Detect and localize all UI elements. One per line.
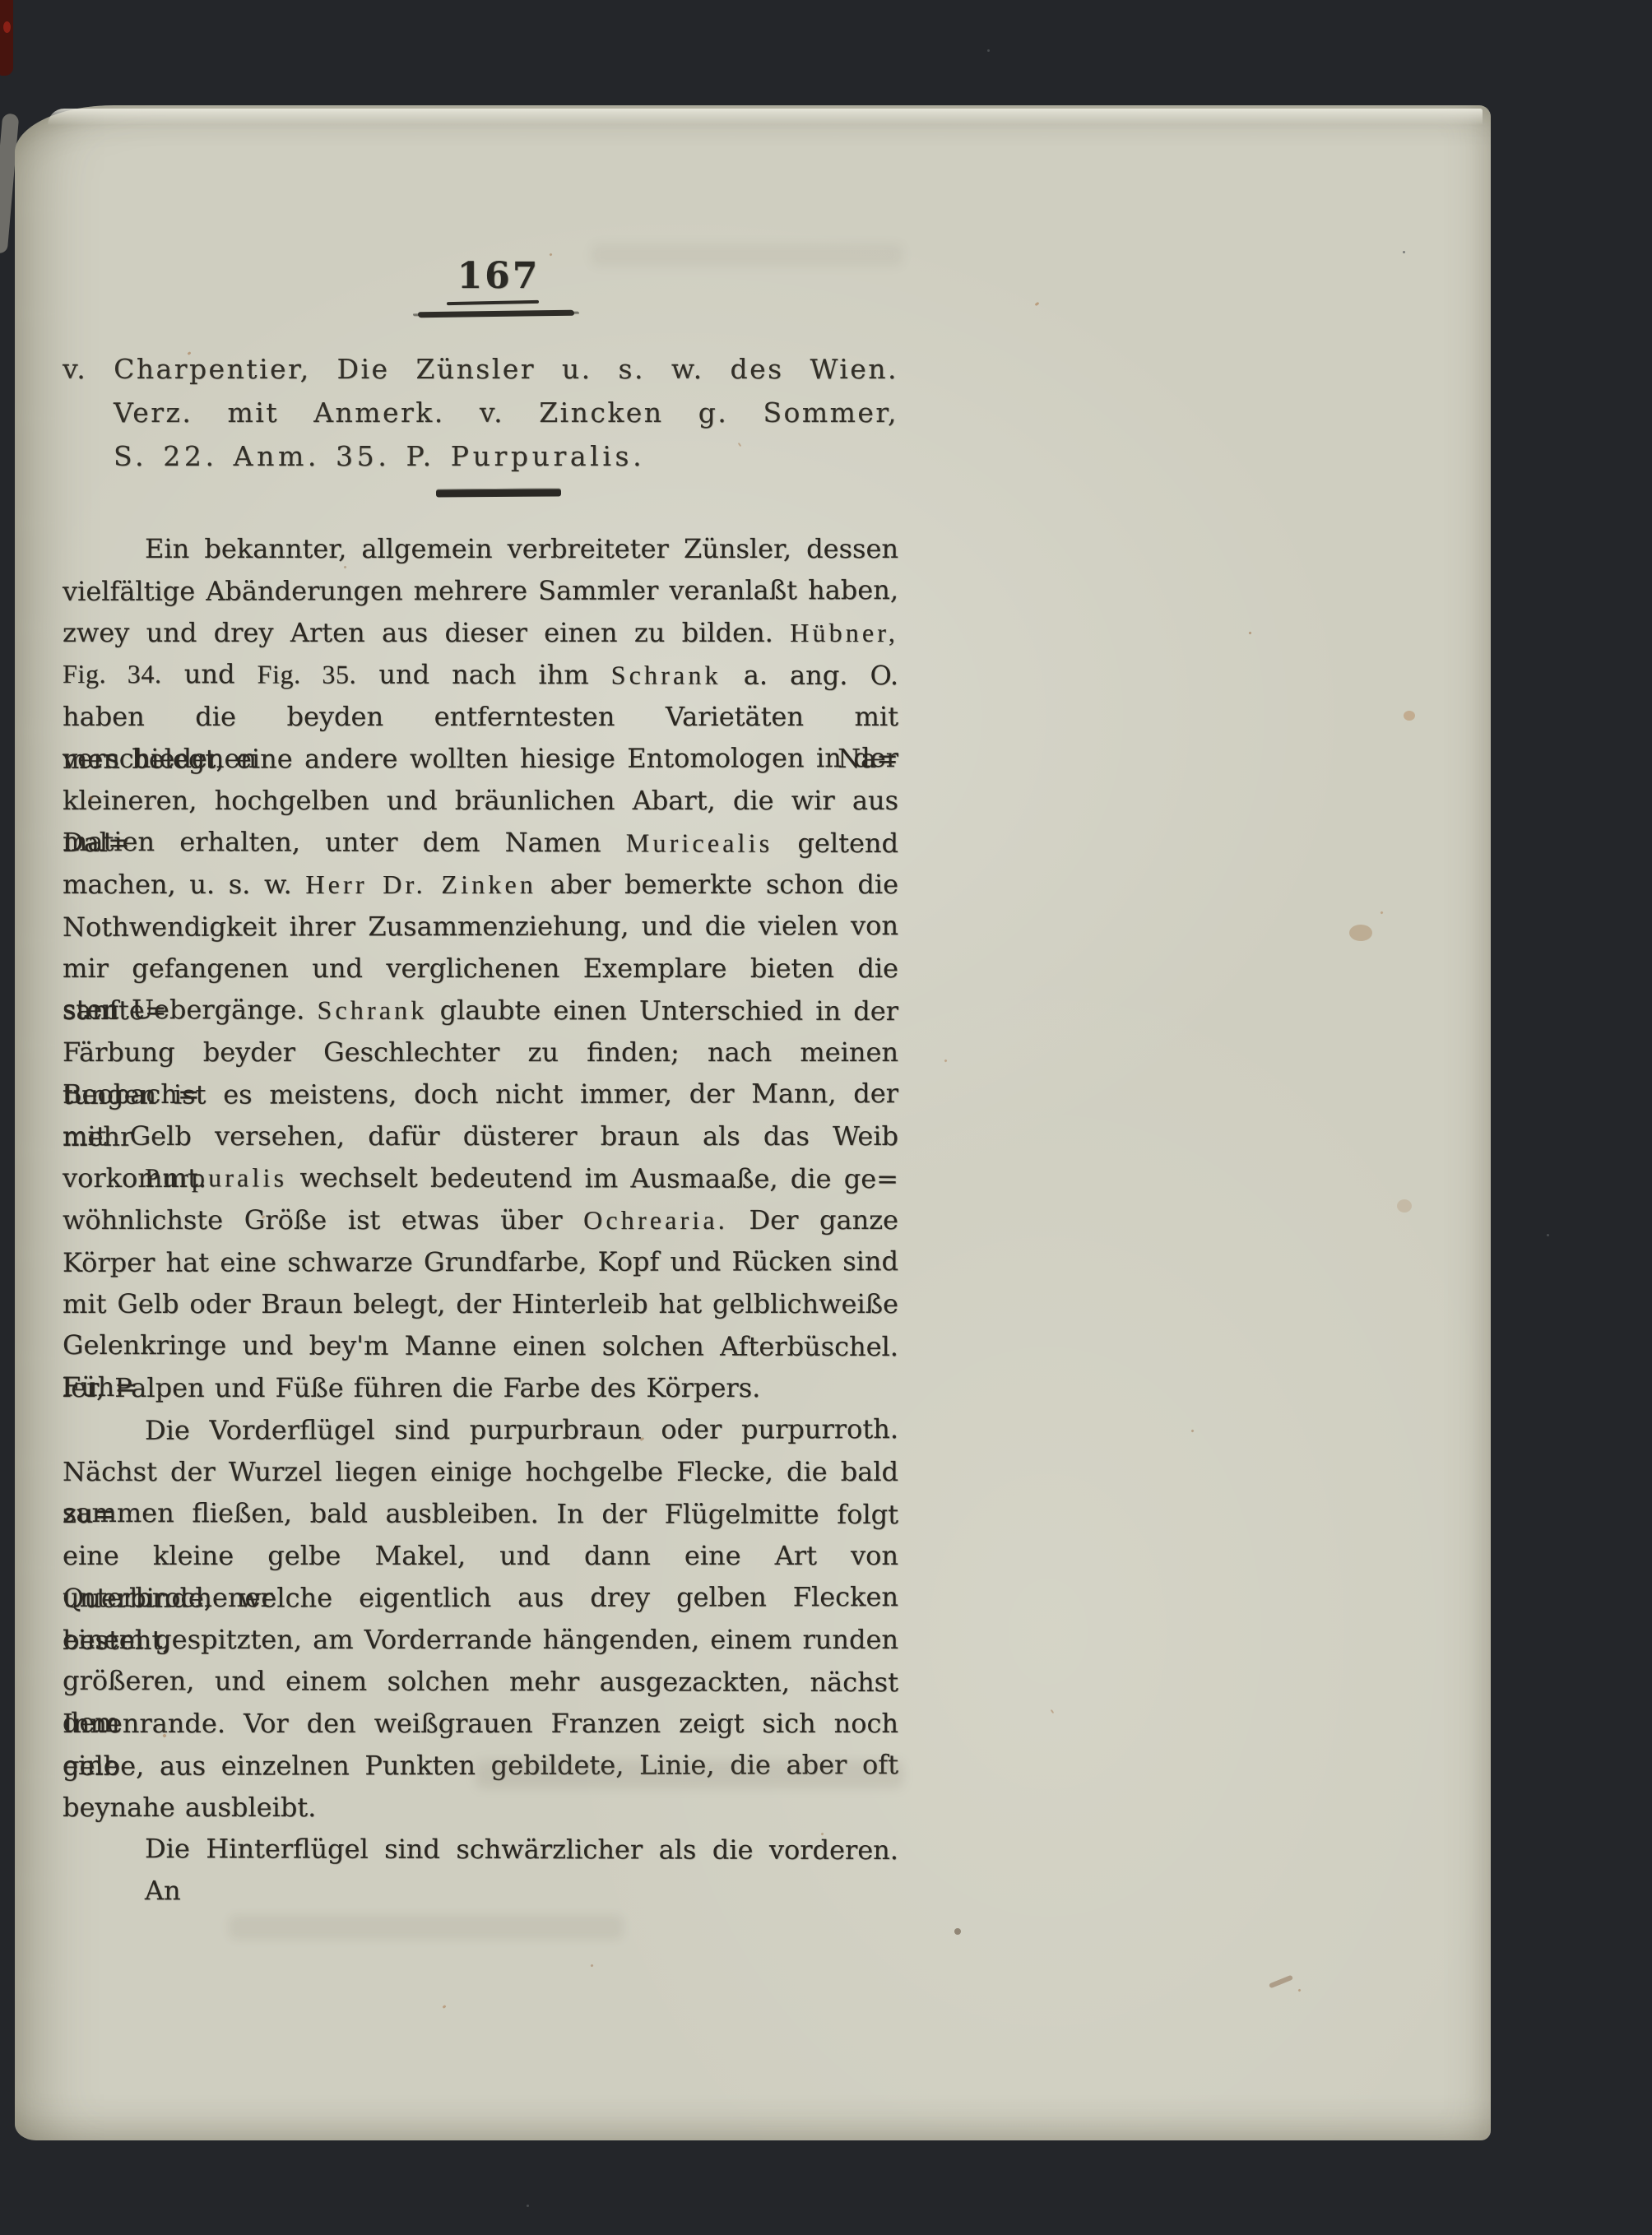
- text-line: men belegt, eine andere wollten hiesige …: [63, 737, 898, 781]
- fraktur-text: mit Gelb oder Braun belegt, der Hinterle…: [63, 1288, 898, 1319]
- text-line: Färbung beyder Geschlechter zu finden; n…: [63, 1032, 898, 1073]
- text-line: zwey und drey Arten aus dieser einen zu …: [63, 612, 898, 654]
- foxing-stain: [1269, 1975, 1293, 1989]
- fraktur-text: geltend: [773, 828, 898, 859]
- show-through: [229, 1915, 624, 1940]
- antiqua-name: Muricealis: [626, 828, 773, 857]
- dust-speck: [1547, 1234, 1549, 1236]
- fraktur-text: a. ang. O.: [722, 660, 898, 691]
- dust-speck: [1403, 251, 1405, 253]
- foxing-stain: [1397, 1199, 1412, 1213]
- text-line: Die Hinterflügel sind schwärzlicher als …: [63, 1828, 898, 1871]
- paper-speck: [549, 253, 552, 256]
- fraktur-text: beynahe ausbleibt.: [63, 1792, 316, 1823]
- fraktur-text: Die Hinterflügel sind schwärzlicher als …: [145, 1833, 898, 1906]
- paper-speck: [1190, 1429, 1194, 1432]
- fraktur-text: men belegt, eine andere wollten hiesige …: [63, 742, 898, 775]
- fraktur-text: Der ganze: [728, 1204, 898, 1236]
- paper-speck: [1248, 631, 1251, 634]
- fraktur-text: sammen fließen, bald ausbleiben. In der …: [63, 1497, 898, 1530]
- text-line: beynahe ausbleibt.: [63, 1787, 898, 1829]
- text-line: sammen fließen, bald ausbleiben. In der …: [63, 1492, 898, 1536]
- paper-speck: [590, 1964, 593, 1967]
- text-line: Fig. 34. und Fig. 35. und nach ihm Schra…: [63, 653, 898, 697]
- antiqua-name: Herr Dr. Zinken: [305, 869, 536, 899]
- text-line: einem gespitzten, am Vorderrande hängend…: [63, 1619, 898, 1661]
- page-edge-highlight: [48, 109, 1483, 125]
- text-line: Nothwendigkeit ihrer Zusammenziehung, un…: [63, 905, 898, 948]
- text-line: mit Gelb versehen, dafür düsterer braun …: [63, 1115, 898, 1157]
- fraktur-text: ler, Palpen und Füße führen die Farbe de…: [63, 1372, 760, 1403]
- fraktur-text: machen, u. s. w.: [63, 869, 305, 900]
- text-line: Körper hat eine schwarze Grundfarbe, Kop…: [63, 1240, 898, 1284]
- reference-header: v. Charpentier, Die Zünsler u. s. w. des…: [63, 347, 898, 478]
- fraktur-text: Körper hat eine schwarze Grundfarbe, Kop…: [63, 1245, 898, 1278]
- page-number: 167: [449, 255, 548, 297]
- paper-speck: [1035, 302, 1040, 306]
- spine-artifact: [0, 0, 13, 76]
- reference-line: Verz. mit Anmerk. v. Zincken g. Sommer,: [63, 391, 898, 434]
- foxing-stain: [954, 1928, 961, 1935]
- fraktur-text: vielfältige Abänderungen mehrere Sammler…: [63, 574, 898, 607]
- foxing-stain: [1404, 711, 1415, 721]
- page-number-rule-long: [418, 310, 574, 318]
- text-line: Nächst der Wurzel liegen einige hochgelb…: [63, 1451, 898, 1493]
- text-line: matien erhalten, unter dem Namen Muricea…: [63, 821, 898, 865]
- fraktur-text: wöhnlichste Größe ist etwas über: [63, 1204, 583, 1236]
- fraktur-text: wechselt bedeutend im Ausmaaße, die ge=: [287, 1162, 898, 1195]
- text-line: größeren, und einem solchen mehr ausgeza…: [63, 1660, 898, 1704]
- text-line: haben die beyden entferntesten Varietäte…: [63, 696, 898, 738]
- fraktur-text: sten Uebergänge.: [63, 994, 318, 1026]
- book-page: 167 v. Charpentier, Die Zünsler u. s. w.…: [15, 105, 1491, 2140]
- text-line: wöhnlichste Größe ist etwas über Ochrear…: [63, 1199, 898, 1241]
- dust-speck: [527, 2205, 529, 2207]
- paper-speck: [443, 2005, 447, 2009]
- paper-speck: [1051, 1709, 1055, 1713]
- text-line: vielfältige Abänderungen mehrere Sammler…: [63, 569, 898, 613]
- fraktur-text: Ein bekannter, allgemein verbreiteter Zü…: [145, 533, 898, 564]
- text-line: mir gefangenen und verglichenen Exemplar…: [63, 948, 898, 990]
- antiqua-name: Schrank: [611, 660, 722, 689]
- text-line: sten Uebergänge. Schrank glaubte einen U…: [63, 989, 898, 1032]
- fraktur-text: zwey und drey Arten aus dieser einen zu …: [63, 617, 790, 648]
- fraktur-text: und: [162, 658, 258, 689]
- text-line: Ein bekannter, allgemein verbreiteter Zü…: [63, 528, 898, 570]
- text-line: Purpuralis wechselt bedeutend im Ausmaaß…: [63, 1157, 898, 1200]
- text-line: Innenrande. Vor den weißgrauen Franzen z…: [63, 1703, 898, 1745]
- text-line: eine kleine gelbe Makel, und dann eine A…: [63, 1535, 898, 1577]
- antiqua-name: Hübner,: [790, 618, 898, 647]
- scan-background: { "colors":{"bg":"#24262a","paper":"#cfc…: [0, 0, 1652, 2235]
- reference-line: S. 22. Anm. 35. P. Purpuralis.: [63, 434, 898, 478]
- text-line: Gelenkringe und bey'm Manne einen solche…: [63, 1324, 898, 1368]
- fraktur-text: und nach ihm: [356, 659, 610, 691]
- fraktur-text: aber bemerkte schon die: [536, 869, 898, 900]
- paper-speck: [1380, 911, 1383, 914]
- page-number-rule-short: [447, 300, 539, 305]
- spine-artifact-dot: [3, 21, 11, 33]
- fraktur-text: Die Vorderflügel sind purpurbraun oder p…: [145, 1413, 898, 1446]
- scan-bed: 167 v. Charpentier, Die Zünsler u. s. w.…: [0, 0, 1652, 2235]
- show-through: [476, 1760, 903, 1788]
- text-line: machen, u. s. w. Herr Dr. Zinken aber be…: [63, 864, 898, 906]
- antiqua-name: Fig. 35.: [258, 659, 357, 689]
- body-text: Ein bekannter, allgemein verbreiteter Zü…: [63, 528, 898, 1871]
- antiqua-name: Ochrearia.: [583, 1205, 728, 1235]
- show-through: [591, 243, 903, 267]
- paper-speck: [944, 1059, 947, 1062]
- text-line: Querbinde, welche eigentlich aus drey ge…: [63, 1576, 898, 1620]
- paper-speck: [1297, 1988, 1301, 1992]
- fraktur-text: glaubte einen Unterschied in der: [427, 995, 898, 1027]
- antiqua-name: Schrank: [317, 995, 427, 1025]
- fraktur-text: matien erhalten, unter dem Namen: [63, 826, 626, 858]
- text-line: kleineren, hochgelben und bräunlichen Ab…: [63, 780, 898, 822]
- text-line: mit Gelb oder Braun belegt, der Hinterle…: [63, 1283, 898, 1325]
- text-line: ler, Palpen und Füße führen die Farbe de…: [63, 1367, 898, 1409]
- dust-speck: [987, 49, 990, 52]
- antiqua-name: Fig. 34.: [63, 659, 162, 689]
- text-line: Die Vorderflügel sind purpurbraun oder p…: [63, 1408, 898, 1452]
- antiqua-name: Purpuralis: [145, 1162, 287, 1192]
- foxing-stain: [1349, 925, 1372, 941]
- section-divider-rule: [436, 488, 561, 497]
- text-line: tungen ist es meistens, doch nicht immer…: [63, 1073, 898, 1116]
- fraktur-text: Nothwendigkeit ihrer Zusammenziehung, un…: [63, 910, 898, 943]
- fraktur-text: einem gespitzten, am Vorderrande hängend…: [63, 1624, 898, 1655]
